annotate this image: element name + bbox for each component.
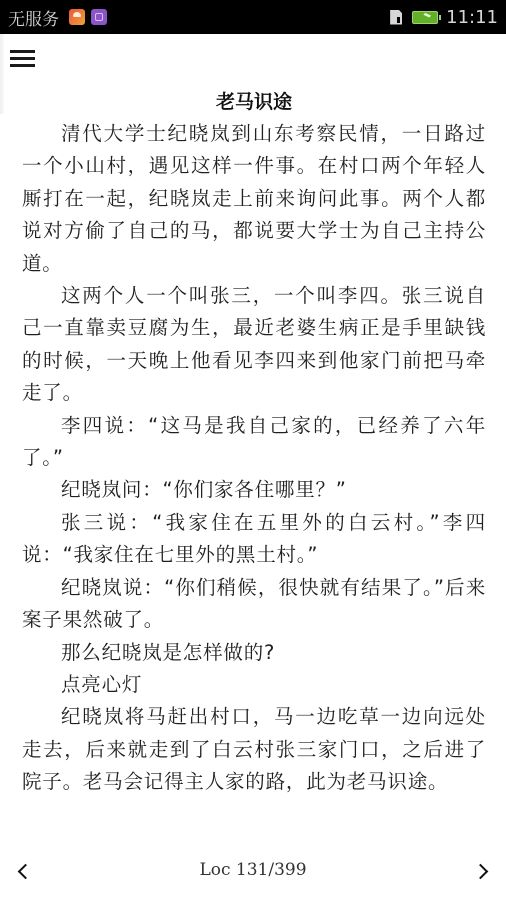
charging-bolt-icon <box>419 12 431 21</box>
chevron-right-icon[interactable] <box>470 861 492 883</box>
location-indicator: Loc 131/399 <box>0 860 506 880</box>
app-notification-icon <box>91 9 107 25</box>
reader-footer: Loc 131/399 <box>0 855 506 891</box>
paragraph: 纪晓岚将马赶出村口，马一边吃草一边向远处走去，后来就走到了白云村张三家门口，之后… <box>22 701 486 798</box>
menu-line <box>10 64 35 67</box>
paragraph: 那么纪晓岚是怎样做的? <box>22 637 486 669</box>
battery-charging-icon <box>412 11 438 24</box>
carrier-label: 无服务 <box>8 5 59 30</box>
status-left: 无服务 <box>8 5 107 30</box>
menu-line <box>10 57 35 60</box>
chapter-title: 老马识途 <box>22 86 486 118</box>
status-right: 11:11 <box>390 7 498 28</box>
sim-card-alert-icon <box>390 10 402 25</box>
status-time: 11:11 <box>446 7 498 28</box>
paragraph: 纪晓岚说：“你们稍候，很快就有结果了。”后来案子果然破了。 <box>22 572 486 637</box>
paragraph: 纪晓岚问：“你们家各住哪里？” <box>22 474 486 506</box>
menu-line <box>10 50 35 53</box>
reader-content[interactable]: 老马识途 清代大学士纪晓岚到山东考察民情，一日路过一个小山村，遇见这样一件事。在… <box>22 86 486 799</box>
paragraph: 李四说：“这马是我自己家的，已经养了六年了。” <box>22 410 486 475</box>
paragraph: 这两个人一个叫张三，一个叫李四。张三说自己一直靠卖豆腐为生，最近老婆生病正是手里… <box>22 280 486 410</box>
paragraph: 清代大学士纪晓岚到山东考察民情，一日路过一个小山村，遇见这样一件事。在村口两个年… <box>22 118 486 280</box>
paragraph: 张三说：“我家住在五里外的白云村。”李四说：“我家住在七里外的黑土村。” <box>22 507 486 572</box>
paragraph: 点亮心灯 <box>22 669 486 701</box>
app-bar <box>0 34 506 84</box>
status-bar: 无服务 11:11 <box>0 0 506 34</box>
hamburger-menu-icon[interactable] <box>10 46 36 68</box>
app-notification-icon <box>69 9 85 25</box>
